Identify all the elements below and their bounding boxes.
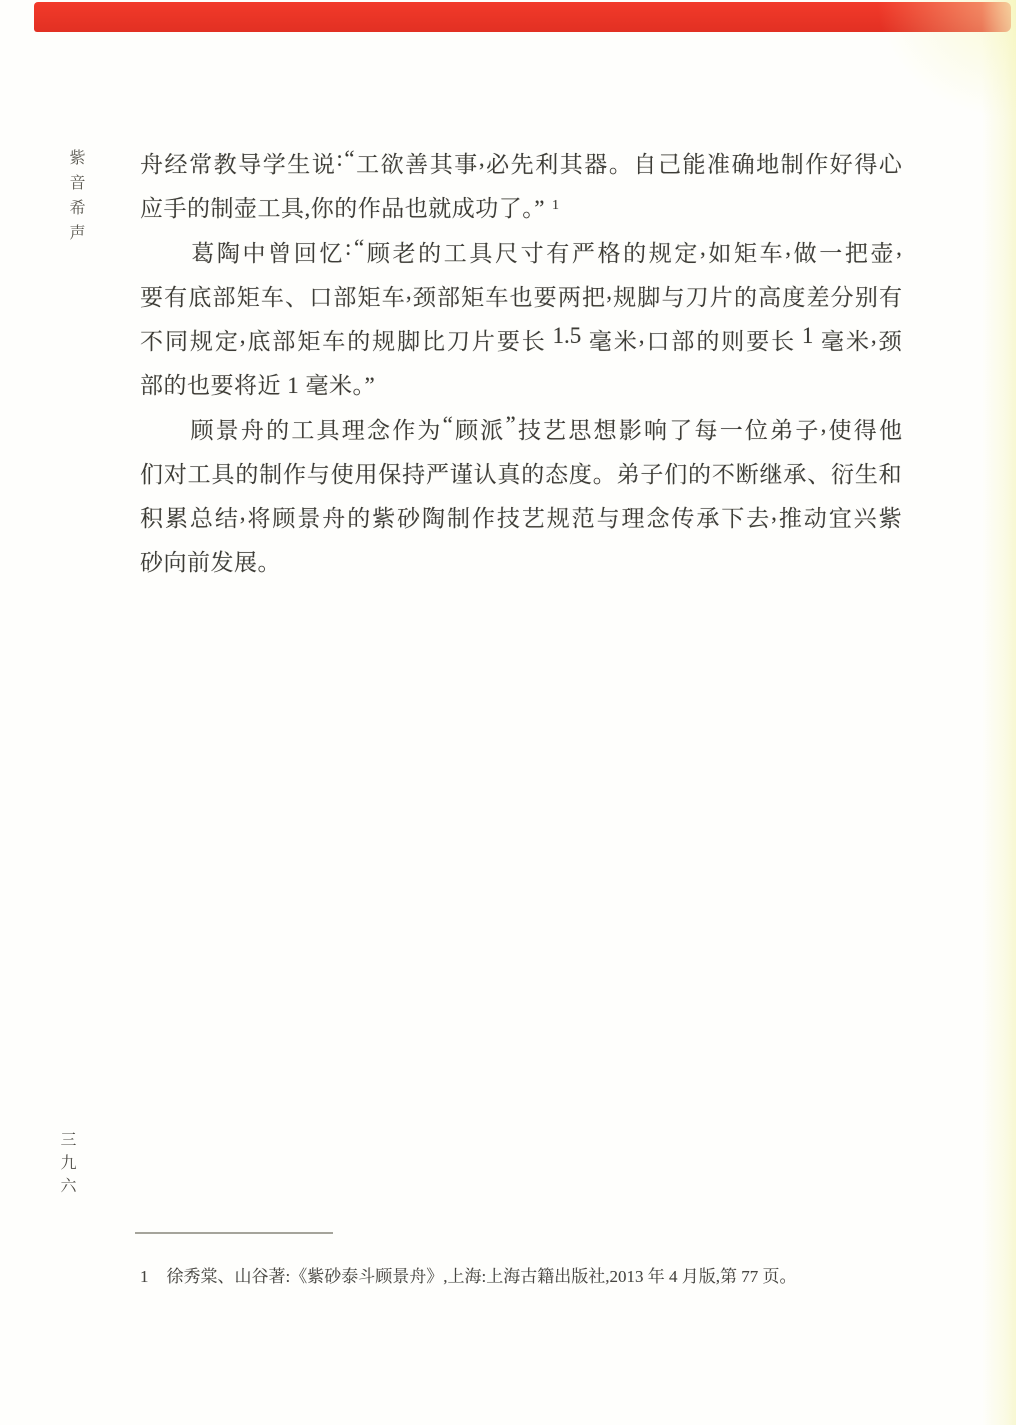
red-scan-artifact-band <box>34 2 1011 32</box>
body-line: 砂向前发展。 <box>140 544 902 576</box>
scanned-book-page: 紫音希声 舟经常教导学生说:“工欲善其事,必先利其器。自己能准确地制作好得心 应… <box>0 0 1016 1425</box>
footnote-text: 徐秀棠、山谷著:《紫砂泰斗顾景舟》,上海:上海古籍出版社,2013 年 4 月版… <box>167 1267 797 1286</box>
body-line-text: 应手的制壶工具,你的作品也就成功了。” <box>140 196 545 221</box>
body-line: 部的也要将近 1 毫米。” <box>140 367 902 399</box>
body-line: 葛陶中曾回忆:“顾老的工具尺寸有严格的规定,如矩车,做一把壶, <box>140 235 902 267</box>
body-line: 积累总结,将顾景舟的紫砂陶制作技艺规范与理念传承下去,推动宜兴紫 <box>140 500 902 532</box>
body-line: 不同规定,底部矩车的规脚比刀片要长 1.5 毫米,口部的则要长 1 毫米,颈 <box>140 323 902 355</box>
body-line: 应手的制壶工具,你的作品也就成功了。”1 <box>140 190 902 222</box>
body-line: 们对工具的制作与使用保持严谨认真的态度。弟子们的不断继承、衍生和 <box>140 456 902 488</box>
footnote-marker: 1 <box>140 1267 149 1286</box>
page-edge-tint <box>982 0 1016 1425</box>
footnote-separator-rule <box>135 1232 333 1234</box>
footnote: 1徐秀棠、山谷著:《紫砂泰斗顾景舟》,上海:上海古籍出版社,2013 年 4 月… <box>140 1262 900 1287</box>
page-number-vertical: 三九六 <box>55 1131 78 1200</box>
body-line: 要有底部矩车、口部矩车,颈部矩车也要两把,规脚与刀片的高度差分别有 <box>140 279 902 311</box>
footnote-reference-superscript: 1 <box>552 198 560 213</box>
body-line: 舟经常教导学生说:“工欲善其事,必先利其器。自己能准确地制作好得心 <box>140 146 902 178</box>
body-line: 顾景舟的工具理念作为“顾派”技艺思想影响了每一位弟子,使得他 <box>140 412 902 444</box>
margin-title-vertical: 紫音希声 <box>64 149 87 249</box>
